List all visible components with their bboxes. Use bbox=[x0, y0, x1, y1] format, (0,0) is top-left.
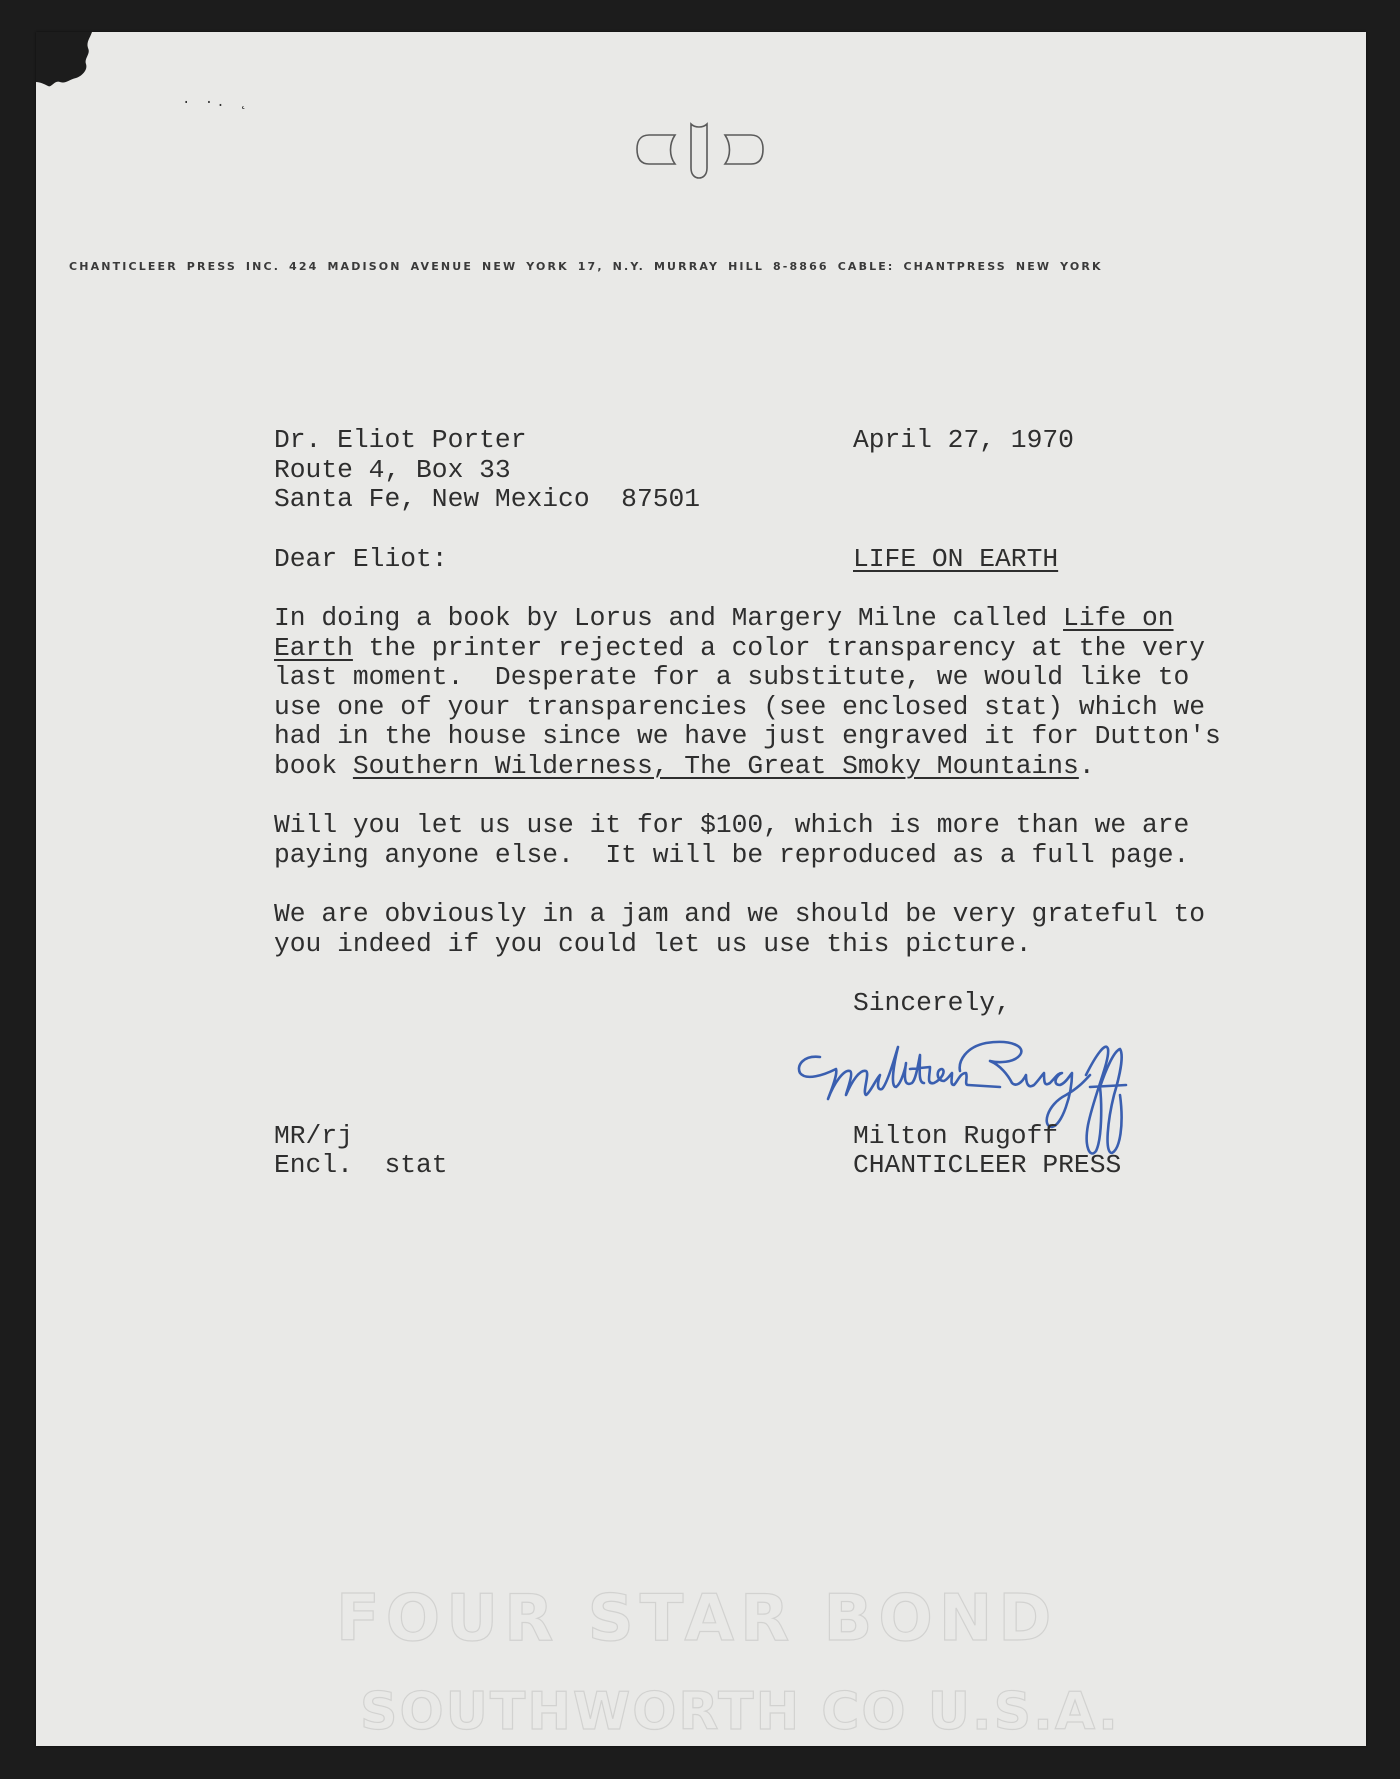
body-paragraph-2: Will you let us use it for $100, which i… bbox=[274, 811, 1189, 870]
body-paragraph-3: We are obviously in a jam and we should … bbox=[274, 900, 1205, 959]
body-text: In doing a book by Lorus and Margery Mil… bbox=[274, 603, 1063, 633]
closing: Sincerely, bbox=[853, 989, 1011, 1019]
body-text: . bbox=[1079, 751, 1095, 781]
watermark-maker: SOUTHWORTH CO U.S.A. bbox=[360, 1682, 1120, 1742]
letter-date: April 27, 1970 bbox=[853, 426, 1074, 456]
recipient-address: Dr. Eliot Porter Route 4, Box 33 Santa F… bbox=[274, 426, 700, 515]
underlined-title: Life on bbox=[1063, 603, 1173, 633]
stray-marks: · ·. ˛ bbox=[182, 95, 250, 111]
signer-company: CHANTICLEER PRESS bbox=[853, 1151, 1121, 1181]
recipient-street: Route 4, Box 33 bbox=[274, 455, 511, 485]
recipient-city: Santa Fe, New Mexico 87501 bbox=[274, 484, 700, 514]
signer-name: Milton Rugoff bbox=[853, 1122, 1058, 1152]
recipient-name: Dr. Eliot Porter bbox=[274, 425, 527, 455]
reference-initials: MR/rj bbox=[274, 1122, 353, 1152]
watermark-brand: FOUR STAR BOND bbox=[336, 1582, 1057, 1656]
body-paragraph-1: In doing a book by Lorus and Margery Mil… bbox=[274, 604, 1221, 781]
underlined-title: Southern Wilderness, The Great Smoky Mou… bbox=[353, 751, 1079, 781]
letter-page bbox=[36, 32, 1366, 1746]
enclosure-note: Encl. stat bbox=[274, 1151, 448, 1181]
torn-corner bbox=[36, 32, 92, 112]
salutation: Dear Eliot: bbox=[274, 545, 448, 575]
subject-line: LIFE ON EARTH bbox=[853, 545, 1058, 575]
chanticleer-press-logo-icon bbox=[635, 122, 769, 182]
underlined-title: Earth bbox=[274, 633, 353, 663]
letterhead-address: CHANTICLEER PRESS INC. 424 MADISON AVENU… bbox=[69, 260, 1331, 273]
